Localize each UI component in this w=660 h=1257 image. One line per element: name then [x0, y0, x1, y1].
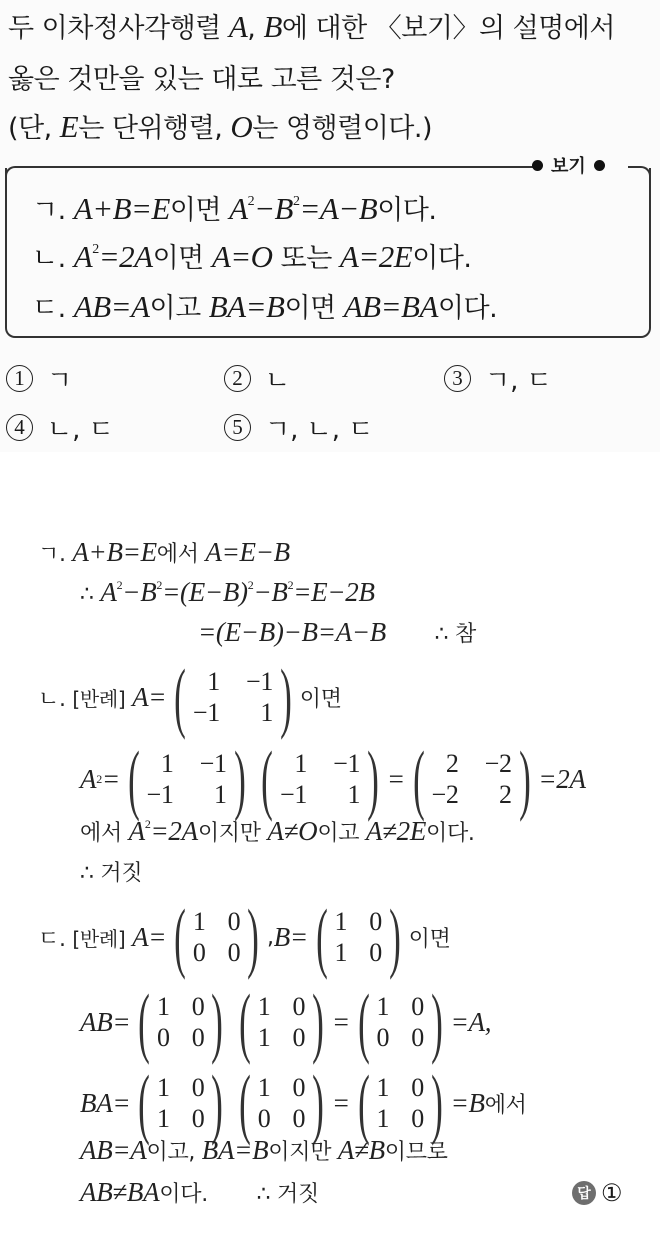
matrix: (1010)	[131, 1064, 230, 1142]
choice-number: 5	[224, 414, 251, 441]
matrix: (1−1−11)	[254, 740, 386, 818]
therefore-symbol: ∴	[435, 622, 455, 647]
choice-number: 2	[224, 365, 251, 392]
math: A=	[132, 922, 166, 953]
text: 이고,	[147, 1140, 202, 1165]
matrix: (1000)	[131, 983, 230, 1061]
math: BA=B	[209, 289, 285, 324]
text: 이면	[284, 293, 343, 324]
verdict-false: 거짓	[100, 861, 142, 886]
text: 이지만	[198, 821, 268, 846]
item-marker: ㄴ.	[38, 682, 66, 713]
text: 이다.	[159, 1182, 208, 1207]
choice-label: ㄴ	[265, 360, 290, 397]
bogi-header: 보기	[532, 152, 605, 178]
solution-g-line-2: ∴ A2−B2=(E−B)2−B2=E−2B	[80, 577, 375, 608]
solution-d-line-3: BA= (1010) (1000) = (1010) =B에서	[80, 1064, 527, 1142]
choice-5[interactable]: 5ㄱ, ㄴ, ㄷ	[224, 409, 373, 446]
therefore-symbol: ∴	[80, 582, 100, 607]
text: 이다.	[438, 293, 497, 324]
math: =2A	[99, 239, 153, 274]
answer-value: ①	[601, 1181, 623, 1205]
math: A=	[132, 682, 166, 713]
math: AB≠BA	[80, 1177, 159, 1207]
item-marker: ㄱ.	[38, 542, 66, 567]
bogi-item-g: ㄱ. A+B=E이면 A2−B2=A−B이다.	[32, 188, 436, 227]
math: =(E−B)−B=A−B	[198, 617, 386, 647]
math: A	[74, 239, 92, 274]
choice-label: ㄱ, ㄷ	[485, 360, 552, 397]
math: =(E−B)	[162, 577, 248, 607]
bogi-item-d: ㄷ. AB=A이고 BA=B이면 AB=BA이다.	[32, 286, 497, 325]
solution-n-line-2: A2= (1−1−11) (1−1−11) = (2−2−22) =2A	[80, 740, 586, 818]
math: A+B=E	[72, 537, 156, 567]
matrix: (1000)	[167, 898, 266, 976]
question-text: (단,	[8, 113, 60, 144]
math: AB=BA	[344, 289, 438, 324]
math: AB=A	[80, 1135, 147, 1165]
choice-number: 1	[6, 365, 33, 392]
item-marker: ㄷ.	[32, 293, 66, 324]
choice-label: ㄱ, ㄴ, ㄷ	[265, 409, 373, 446]
choice-number: 3	[444, 365, 471, 392]
choice-number: 4	[6, 414, 33, 441]
bogi-item-n: ㄴ. A2=2A이면 A=O 또는 A=2E이다.	[32, 236, 471, 275]
math: A	[229, 191, 247, 226]
math: −B	[122, 577, 156, 607]
choice-label: ㄱ	[47, 360, 72, 397]
question-text: 두 이차정사각행렬	[8, 13, 229, 44]
math: BA=	[80, 1088, 130, 1119]
choice-label: ㄴ, ㄷ	[47, 409, 114, 446]
answer: 답 ①	[572, 1181, 623, 1205]
text: 이면	[409, 922, 451, 953]
answer-badge-icon: 답	[572, 1181, 596, 1205]
matrix: (1010)	[351, 1064, 450, 1142]
question-line-1: 두 이차정사각행렬 A, B에 대한 〈보기〉의 설명에서	[8, 6, 615, 45]
question-line-3: (단, E는 단위행렬, O는 영행렬이다.)	[8, 106, 432, 145]
text: 또는	[273, 243, 340, 274]
text: 이면	[300, 682, 342, 713]
math: =A,	[451, 1007, 492, 1038]
question-text: 는 단위행렬,	[78, 113, 230, 144]
item-marker: ㄷ.	[38, 922, 66, 953]
choice-1[interactable]: 1ㄱ	[6, 360, 72, 397]
choice-4[interactable]: 4ㄴ, ㄷ	[6, 409, 114, 446]
math-var: O	[230, 109, 252, 144]
math: =	[332, 1088, 350, 1119]
question-text: ,	[247, 13, 263, 44]
text: 에서	[80, 821, 129, 846]
item-marker: ㄱ.	[32, 195, 66, 226]
choice-3[interactable]: 3ㄱ, ㄷ	[444, 360, 552, 397]
counterexample-label: [반례]	[72, 923, 125, 952]
math: A≠B	[338, 1135, 385, 1165]
math: A+B=E	[74, 191, 170, 226]
matrix: (1010)	[309, 898, 408, 976]
question-text: 는 영행렬이다.)	[252, 113, 432, 144]
solution-g-line-3: =(E−B)−B=A−B ∴ 참	[198, 617, 476, 648]
math: AB=A	[74, 289, 150, 324]
math: A	[100, 577, 116, 607]
therefore-symbol: ∴	[80, 861, 100, 886]
math: =2A	[538, 764, 585, 795]
question-line-2: 옳은 것만을 있는 대로 고른 것은?	[8, 57, 395, 96]
text: 이고	[150, 293, 209, 324]
math: =2A	[151, 816, 198, 846]
text: 이므로	[385, 1140, 448, 1165]
math: =B	[451, 1088, 485, 1119]
math: A	[129, 816, 145, 846]
therefore-symbol: ∴	[257, 1182, 277, 1207]
text: ,	[267, 925, 274, 950]
item-marker: ㄴ.	[32, 243, 66, 274]
matrix: (1000)	[351, 983, 450, 1061]
math: A≠O	[267, 816, 317, 846]
math: A≠2E	[366, 816, 426, 846]
math: =	[102, 764, 120, 795]
verdict-true: 참	[455, 622, 476, 647]
text: 이다.	[412, 243, 471, 274]
bullet-dot-icon	[532, 160, 543, 171]
math: =E−2B	[293, 577, 374, 607]
solution-n-line-1: ㄴ. [반례] A= (1−1−11) 이면	[38, 658, 342, 736]
choice-2[interactable]: 2ㄴ	[224, 360, 290, 397]
math: =A−B	[299, 191, 377, 226]
problem-section: 두 이차정사각행렬 A, B에 대한 〈보기〉의 설명에서 옳은 것만을 있는 …	[0, 0, 660, 452]
verdict-false: 거짓	[277, 1182, 319, 1207]
matrix: (1−1−11)	[167, 658, 299, 736]
solution-g-line-1: ㄱ. A+B=E에서 A=E−B	[38, 537, 290, 568]
text: 이지만	[268, 1140, 338, 1165]
text: 이면	[153, 243, 212, 274]
math-var: E	[60, 109, 78, 144]
math: A	[80, 764, 96, 795]
solution-d-line-5: AB≠BA이다. ∴ 거짓	[80, 1177, 319, 1208]
math: A=E−B	[205, 537, 289, 567]
matrix: (2−2−22)	[406, 740, 538, 818]
text: 이고	[317, 821, 366, 846]
solution-n-line-4: ∴ 거짓	[80, 856, 142, 887]
math: A=2E	[340, 239, 412, 274]
matrix: (1−1−11)	[121, 740, 253, 818]
text: 이면	[170, 195, 229, 226]
matrix: (1010)	[232, 983, 331, 1061]
matrix: (1000)	[232, 1064, 331, 1142]
text: 에서	[157, 542, 206, 567]
solution-d-line-2: AB= (1000) (1010) = (1000) =A,	[80, 983, 491, 1061]
math: A=O	[212, 239, 273, 274]
math: AB=	[80, 1007, 130, 1038]
text: 이다.	[426, 821, 475, 846]
bogi-label: 보기	[551, 152, 586, 178]
text: 이다.	[377, 195, 436, 226]
question-text: 에 대한 〈보기〉의 설명에서	[282, 13, 615, 44]
math: −B	[253, 577, 287, 607]
math: =	[332, 1007, 350, 1038]
solution-n-line-3: 에서 A2=2A이지만 A≠O이고 A≠2E이다.	[80, 816, 475, 847]
math: B=	[274, 922, 308, 953]
counterexample-label: [반례]	[72, 683, 125, 712]
solution-d-line-1: ㄷ. [반례] A= (1000) , B= (1010) 이면	[38, 898, 451, 976]
math-var: B	[263, 9, 281, 44]
math: −B	[254, 191, 293, 226]
bullet-dot-icon	[594, 160, 605, 171]
math-var: A	[229, 9, 247, 44]
solution-d-line-4: AB=A이고, BA=B이지만 A≠B이므로	[80, 1135, 448, 1166]
text: 에서	[485, 1088, 527, 1119]
math: =	[387, 764, 405, 795]
math: BA=B	[202, 1135, 269, 1165]
